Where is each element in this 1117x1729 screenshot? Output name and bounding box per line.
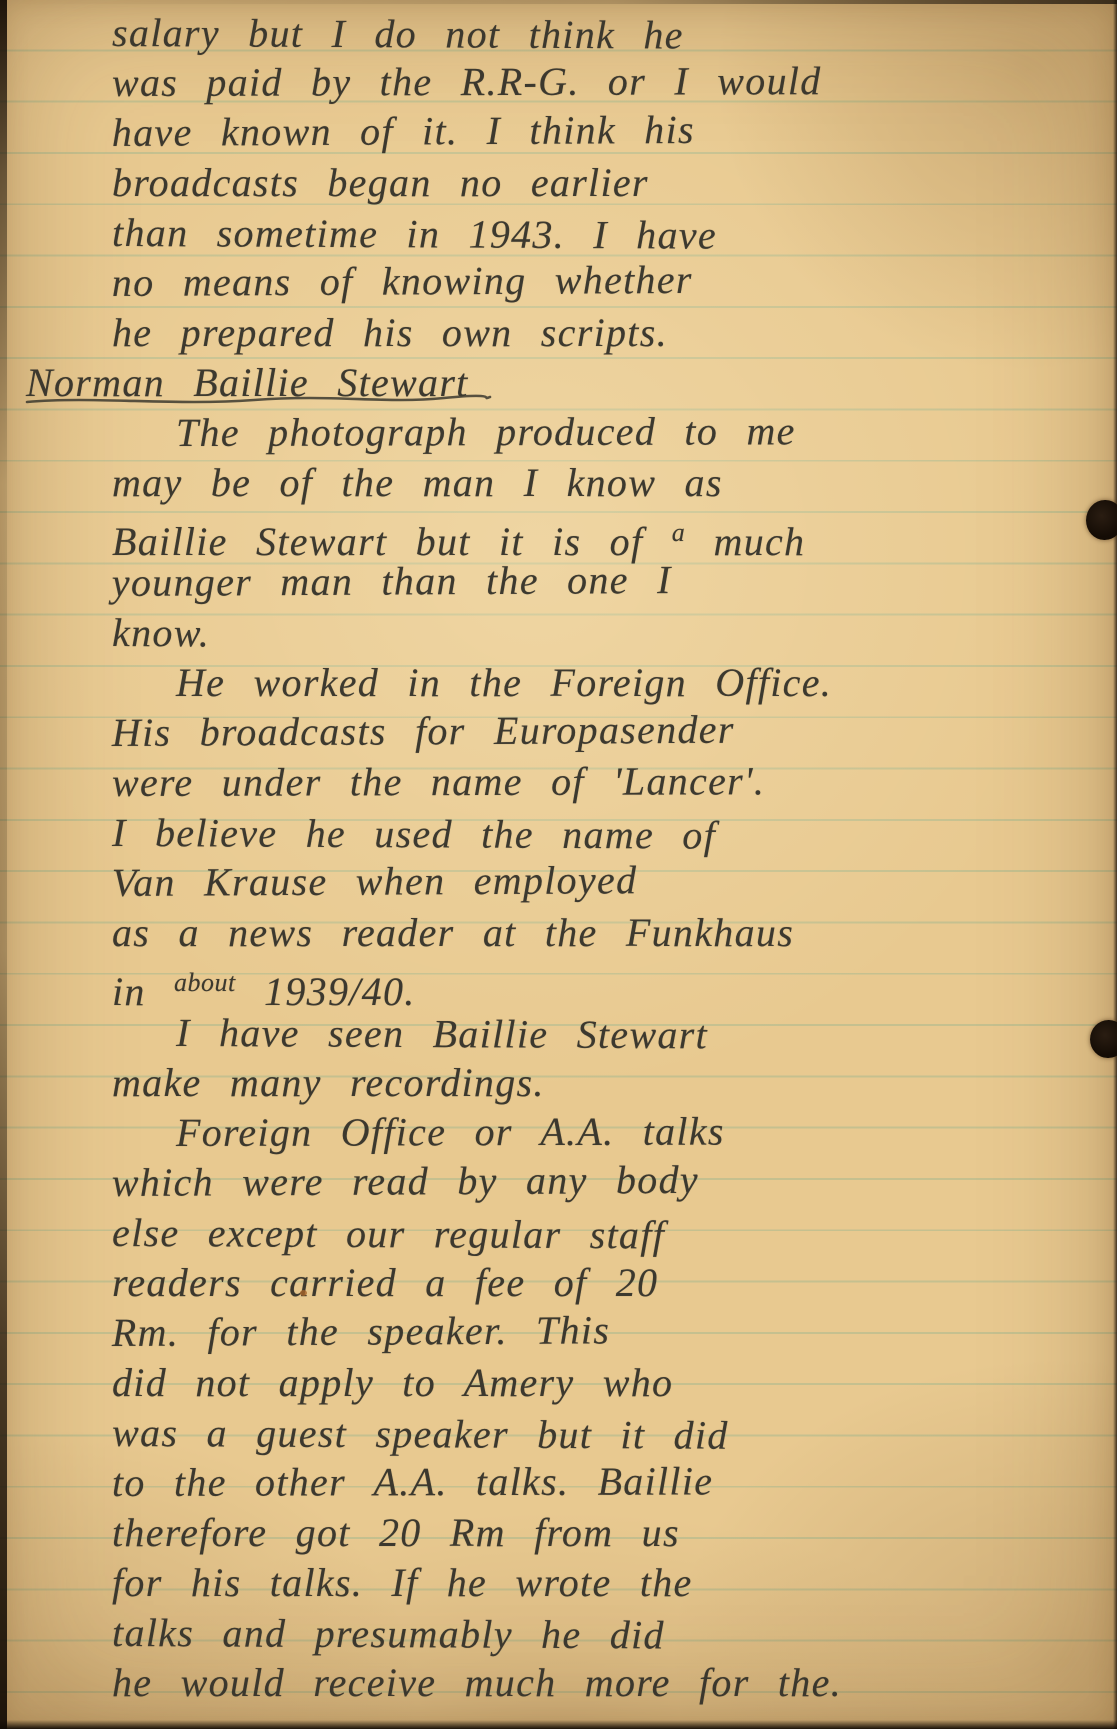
handwritten-line: did not apply to Amery who [112,1358,673,1408]
handwritten-line: he would receive much more for the. [112,1658,842,1708]
handwritten-line: Van Krause when employed [112,855,638,908]
hole-mark-bottom [1090,1020,1117,1058]
page-edge-bottom [0,1720,1117,1729]
handwritten-line: I believe he used the name of [112,808,716,861]
section-heading: Norman Baillie Stewart [26,358,469,408]
handwritten-line: for his talks. If he wrote the [112,1558,693,1608]
page-edge-top [0,0,1117,4]
manuscript-page: salary but I do not think hewas paid by … [0,0,1117,1729]
handwritten-line: The photograph produced to me [176,406,796,458]
handwritten-line: he prepared his own scripts. [112,308,668,358]
inserted-word: about [174,968,236,997]
hole-mark-top [1086,500,1117,540]
handwritten-line: Foreign Office or A.A. talks [176,1107,725,1158]
page-edge-left [0,0,7,1729]
handwritten-line: readers carried a fee of 20 [112,1258,658,1308]
handwritten-line: salary but I do not think he [112,8,684,60]
handwritten-line: know. [112,608,210,658]
handwritten-line: therefore got 20 Rm from us [112,1508,680,1558]
handwritten-line: may be of the man I know as [112,458,723,508]
handwritten-line: was paid by the R.R-G. or I would [112,56,822,108]
handwritten-line: talks and presumably he did [112,1608,665,1660]
handwritten-line: else except our regular staff [112,1208,665,1260]
handwritten-line: have known of it. I think his [112,105,695,158]
page-edge-right [1113,0,1117,1729]
handwritten-line: no means of knowing whether [112,255,693,308]
handwritten-line: He worked in the Foreign Office. [176,658,832,708]
handwritten-line: Rm. for the speaker. This [112,1305,611,1358]
handwritten-line: than sometime in 1943. I have [112,208,717,261]
handwritten-line: broadcasts began no earlier [112,158,649,208]
handwritten-line: I have seen Baillie Stewart [176,1008,708,1060]
handwritten-line: which were read by any body [112,1155,699,1208]
handwritten-line: His broadcasts for Europasender [112,705,735,758]
inserted-word: a [672,518,686,547]
handwritten-line: to the other A.A. talks. Baillie [112,1456,713,1508]
handwritten-line: younger man than the one I [112,555,672,608]
rust-speck [300,1290,307,1296]
handwritten-line: were under the name of 'Lancer'. [112,756,765,808]
handwritten-line: as a news reader at the Funkhaus [112,908,794,958]
handwritten-line: was a guest speaker but it did [112,1408,729,1461]
handwritten-line: make many recordings. [112,1058,545,1108]
